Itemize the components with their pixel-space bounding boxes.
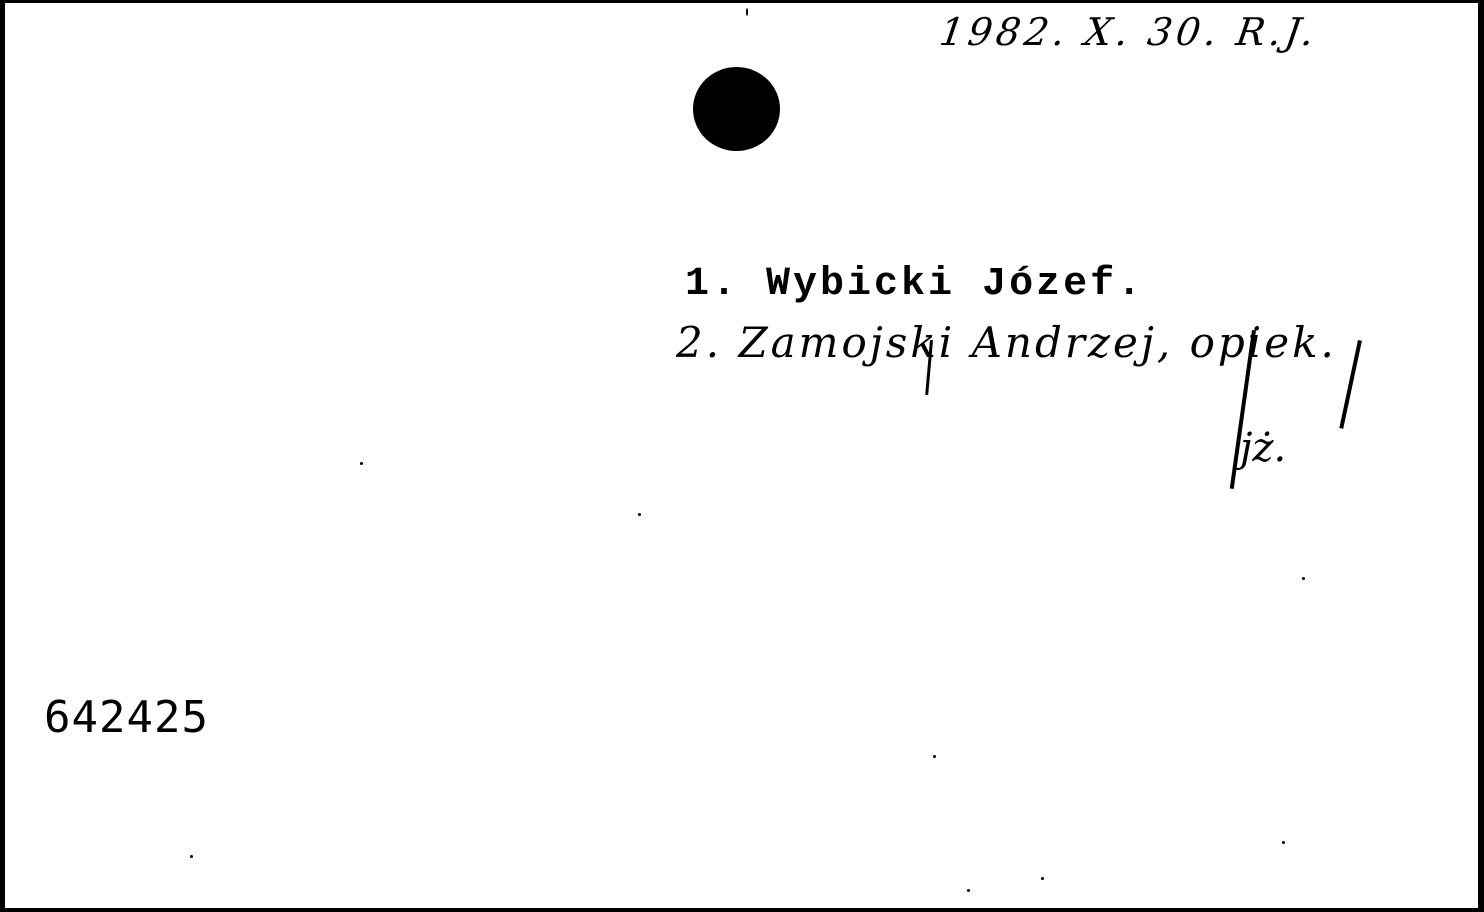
entry-1: 1. Wybicki Józef. xyxy=(685,262,1144,307)
speck xyxy=(1302,577,1305,580)
card-border-bottom xyxy=(0,908,1484,912)
entry-2-number: 2. xyxy=(676,318,722,367)
card-border-right xyxy=(1478,0,1484,912)
speck xyxy=(967,889,970,892)
speck xyxy=(933,755,936,758)
card-border-left xyxy=(0,0,5,912)
speck xyxy=(746,8,748,16)
punch-hole xyxy=(693,67,780,151)
speck xyxy=(360,462,363,465)
speck xyxy=(638,513,641,516)
date-annotation: 1982. X. 30. R.J. xyxy=(937,10,1321,54)
catalog-card: 1982. X. 30. R.J. 1. Wybicki Józef. 2. Z… xyxy=(0,0,1484,912)
card-border-top xyxy=(0,0,1484,3)
speck xyxy=(1282,841,1285,844)
entry-1-number: 1. xyxy=(685,262,739,307)
speck xyxy=(190,855,193,858)
catalog-number: 642425 xyxy=(44,692,209,743)
speck xyxy=(1041,877,1044,880)
entry-2: 2. Zamojski Andrzej, opiek. xyxy=(676,318,1337,367)
entry-1-text: Wybicki Józef. xyxy=(766,262,1144,307)
entry-2-continuation: jż. xyxy=(1240,425,1286,471)
handwriting-stroke xyxy=(1339,340,1362,429)
